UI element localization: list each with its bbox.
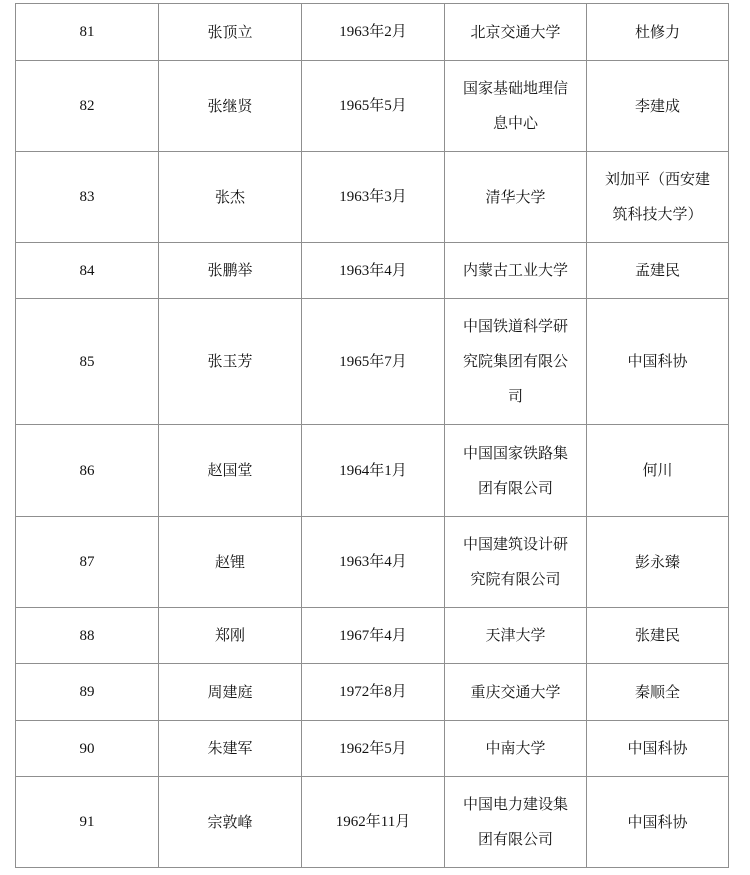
organization: 清华大学 <box>485 180 545 215</box>
cell-organization: 中国国家铁路集团有限公司 <box>445 425 587 517</box>
cell-name: 张继贤 <box>159 61 302 152</box>
organization: 内蒙古工业大学 <box>463 253 568 288</box>
organization: 国家基础地理信息中心 <box>457 71 575 141</box>
table-row: 88 郑刚 1967年4月 天津大学 张建民 <box>16 608 729 664</box>
row-number: 91 <box>80 814 95 830</box>
row-number: 85 <box>80 354 95 370</box>
cell-birth: 1962年11月 <box>302 777 445 868</box>
table-row: 84 张鹏举 1963年4月 内蒙古工业大学 孟建民 <box>16 243 729 299</box>
cell-organization: 中国建筑设计研究院有限公司 <box>445 517 587 608</box>
cell-organization: 内蒙古工业大学 <box>445 243 587 299</box>
row-number: 88 <box>80 628 95 644</box>
organization: 中南大学 <box>485 731 545 766</box>
cell-number: 85 <box>16 299 159 425</box>
candidate-table-body: 81 张顶立 1963年2月 北京交通大学 杜修力 82 张继贤 1965年5月… <box>16 4 729 868</box>
organization: 中国电力建设集团有限公司 <box>457 787 575 857</box>
table-row: 86 赵国堂 1964年1月 中国国家铁路集团有限公司 何川 <box>16 425 729 517</box>
cell-number: 87 <box>16 517 159 608</box>
nominator: 何川 <box>642 453 672 488</box>
person-name: 张继贤 <box>207 97 252 115</box>
cell-birth: 1962年5月 <box>302 721 445 777</box>
cell-number: 82 <box>16 61 159 152</box>
cell-organization: 国家基础地理信息中心 <box>445 61 587 152</box>
nominator: 张建民 <box>635 618 680 653</box>
cell-number: 88 <box>16 608 159 664</box>
nominator: 杜修力 <box>635 15 680 50</box>
cell-organization: 中国电力建设集团有限公司 <box>445 777 587 868</box>
table-row: 90 朱建军 1962年5月 中南大学 中国科协 <box>16 721 729 777</box>
birth-date: 1963年4月 <box>339 554 407 570</box>
cell-nominator: 李建成 <box>587 61 729 152</box>
birth-date: 1972年8月 <box>339 684 407 700</box>
row-number: 83 <box>80 189 95 205</box>
table-row: 85 张玉芳 1965年7月 中国铁道科学研究院集团有限公司 中国科协 <box>16 299 729 425</box>
cell-name: 宗敦峰 <box>159 777 302 868</box>
cell-nominator: 中国科协 <box>587 777 729 868</box>
nominator: 李建成 <box>635 89 680 124</box>
birth-date: 1965年7月 <box>339 354 407 370</box>
person-name: 赵锂 <box>215 553 245 571</box>
birth-date: 1963年4月 <box>339 263 407 279</box>
person-name: 朱建军 <box>207 739 252 757</box>
cell-name: 张顶立 <box>159 4 302 61</box>
cell-nominator: 孟建民 <box>587 243 729 299</box>
row-number: 82 <box>80 98 95 114</box>
cell-name: 赵锂 <box>159 517 302 608</box>
cell-organization: 天津大学 <box>445 608 587 664</box>
nominator: 孟建民 <box>635 253 680 288</box>
row-number: 84 <box>80 263 95 279</box>
table-row: 81 张顶立 1963年2月 北京交通大学 杜修力 <box>16 4 729 61</box>
person-name: 张玉芳 <box>207 352 252 370</box>
row-number: 81 <box>80 24 95 40</box>
organization: 天津大学 <box>485 618 545 653</box>
row-number: 86 <box>80 463 95 479</box>
cell-number: 81 <box>16 4 159 61</box>
table-row: 91 宗敦峰 1962年11月 中国电力建设集团有限公司 中国科协 <box>16 777 729 868</box>
cell-number: 86 <box>16 425 159 517</box>
cell-birth: 1964年1月 <box>302 425 445 517</box>
birth-date: 1963年2月 <box>339 24 407 40</box>
nominator: 刘加平（西安建筑科技大学） <box>599 162 717 232</box>
cell-birth: 1963年3月 <box>302 152 445 243</box>
person-name: 张顶立 <box>207 23 252 41</box>
cell-name: 赵国堂 <box>159 425 302 517</box>
cell-birth: 1965年5月 <box>302 61 445 152</box>
cell-name: 张玉芳 <box>159 299 302 425</box>
birth-date: 1967年4月 <box>339 628 407 644</box>
cell-birth: 1967年4月 <box>302 608 445 664</box>
cell-nominator: 彭永臻 <box>587 517 729 608</box>
table-row: 87 赵锂 1963年4月 中国建筑设计研究院有限公司 彭永臻 <box>16 517 729 608</box>
nominator: 中国科协 <box>627 344 687 379</box>
candidate-table: 81 张顶立 1963年2月 北京交通大学 杜修力 82 张继贤 1965年5月… <box>15 3 729 868</box>
cell-number: 90 <box>16 721 159 777</box>
birth-date: 1962年11月 <box>336 814 410 830</box>
cell-nominator: 中国科协 <box>587 299 729 425</box>
cell-number: 84 <box>16 243 159 299</box>
nominator: 秦顺全 <box>635 675 680 710</box>
table-row: 89 周建庭 1972年8月 重庆交通大学 秦顺全 <box>16 664 729 721</box>
row-number: 89 <box>80 684 95 700</box>
cell-nominator: 张建民 <box>587 608 729 664</box>
cell-organization: 中国铁道科学研究院集团有限公司 <box>445 299 587 425</box>
person-name: 张杰 <box>215 188 245 206</box>
cell-organization: 重庆交通大学 <box>445 664 587 721</box>
organization: 中国建筑设计研究院有限公司 <box>457 527 575 597</box>
nominator: 中国科协 <box>627 805 687 840</box>
person-name: 郑刚 <box>215 626 245 644</box>
organization: 中国国家铁路集团有限公司 <box>457 436 575 506</box>
person-name: 张鹏举 <box>207 261 252 279</box>
cell-nominator: 秦顺全 <box>587 664 729 721</box>
document-page: 81 张顶立 1963年2月 北京交通大学 杜修力 82 张继贤 1965年5月… <box>0 0 750 875</box>
cell-organization: 中南大学 <box>445 721 587 777</box>
cell-name: 郑刚 <box>159 608 302 664</box>
nominator: 彭永臻 <box>635 545 680 580</box>
table-row: 83 张杰 1963年3月 清华大学 刘加平（西安建筑科技大学） <box>16 152 729 243</box>
cell-number: 91 <box>16 777 159 868</box>
cell-birth: 1963年4月 <box>302 517 445 608</box>
cell-birth: 1963年2月 <box>302 4 445 61</box>
table-row: 82 张继贤 1965年5月 国家基础地理信息中心 李建成 <box>16 61 729 152</box>
cell-name: 张鹏举 <box>159 243 302 299</box>
cell-name: 周建庭 <box>159 664 302 721</box>
cell-birth: 1972年8月 <box>302 664 445 721</box>
row-number: 87 <box>80 554 95 570</box>
organization: 中国铁道科学研究院集团有限公司 <box>457 309 575 414</box>
cell-nominator: 杜修力 <box>587 4 729 61</box>
birth-date: 1964年1月 <box>339 463 407 479</box>
person-name: 赵国堂 <box>207 461 252 479</box>
cell-birth: 1963年4月 <box>302 243 445 299</box>
cell-number: 83 <box>16 152 159 243</box>
cell-organization: 北京交通大学 <box>445 4 587 61</box>
person-name: 周建庭 <box>207 683 252 701</box>
organization: 北京交通大学 <box>470 15 560 50</box>
cell-nominator: 中国科协 <box>587 721 729 777</box>
birth-date: 1962年5月 <box>339 741 407 757</box>
cell-name: 张杰 <box>159 152 302 243</box>
birth-date: 1965年5月 <box>339 98 407 114</box>
person-name: 宗敦峰 <box>207 813 252 831</box>
birth-date: 1963年3月 <box>339 189 407 205</box>
cell-name: 朱建军 <box>159 721 302 777</box>
cell-nominator: 何川 <box>587 425 729 517</box>
cell-birth: 1965年7月 <box>302 299 445 425</box>
row-number: 90 <box>80 741 95 757</box>
organization: 重庆交通大学 <box>470 675 560 710</box>
nominator: 中国科协 <box>627 731 687 766</box>
cell-nominator: 刘加平（西安建筑科技大学） <box>587 152 729 243</box>
cell-organization: 清华大学 <box>445 152 587 243</box>
cell-number: 89 <box>16 664 159 721</box>
